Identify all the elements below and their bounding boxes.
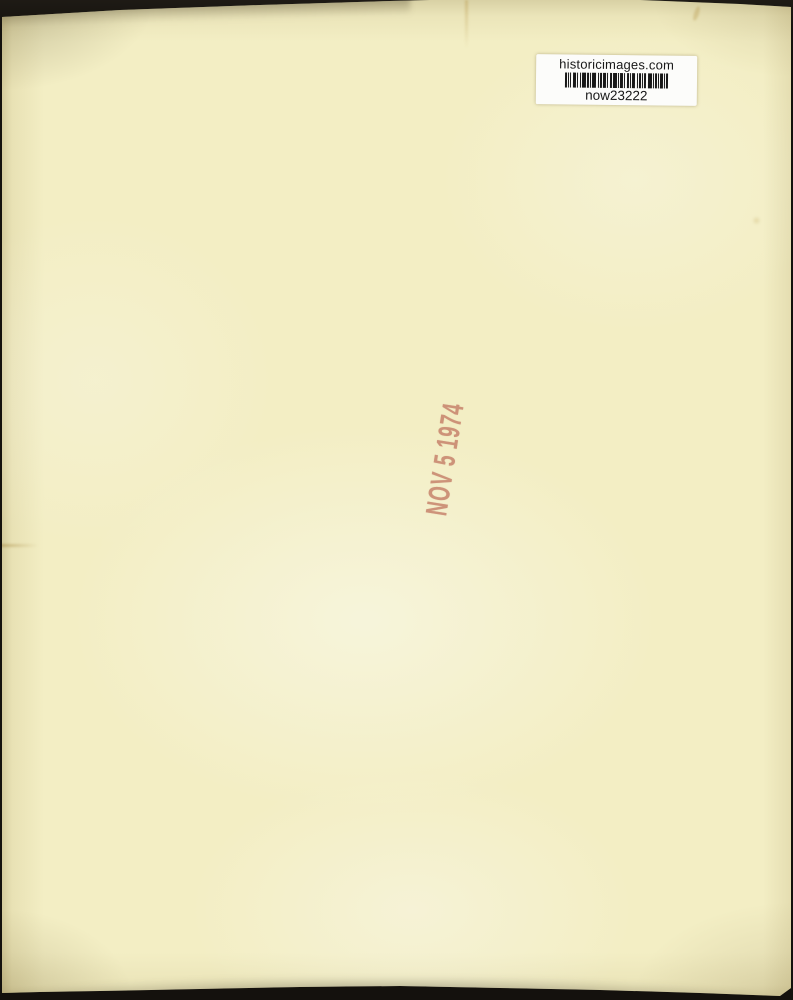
paper-stain-speck bbox=[752, 216, 761, 225]
paper-stain-speck bbox=[692, 6, 701, 22]
label-site-text: historicimages.com bbox=[559, 57, 674, 72]
label-code-text: now23222 bbox=[585, 88, 647, 103]
date-stamp-month-day: NOV 5 bbox=[420, 451, 462, 517]
paper-bottom-edge-shadow bbox=[0, 978, 793, 1000]
barcode-label: historicimages.com now23222 bbox=[536, 54, 698, 106]
photo-paper-back: historicimages.com now23222 NOV 51974 bbox=[0, 0, 793, 1000]
barcode bbox=[565, 72, 668, 88]
date-stamp-text: NOV 51974 bbox=[420, 400, 471, 518]
date-stamp: NOV 51974 bbox=[420, 388, 472, 531]
paper-crease bbox=[0, 544, 38, 547]
date-stamp-year: 1974 bbox=[431, 400, 471, 451]
scanner-background: historicimages.com now23222 NOV 51974 bbox=[0, 0, 793, 1000]
paper-stain-streak bbox=[465, 0, 468, 48]
paper-top-edge-shadow bbox=[0, 0, 410, 27]
